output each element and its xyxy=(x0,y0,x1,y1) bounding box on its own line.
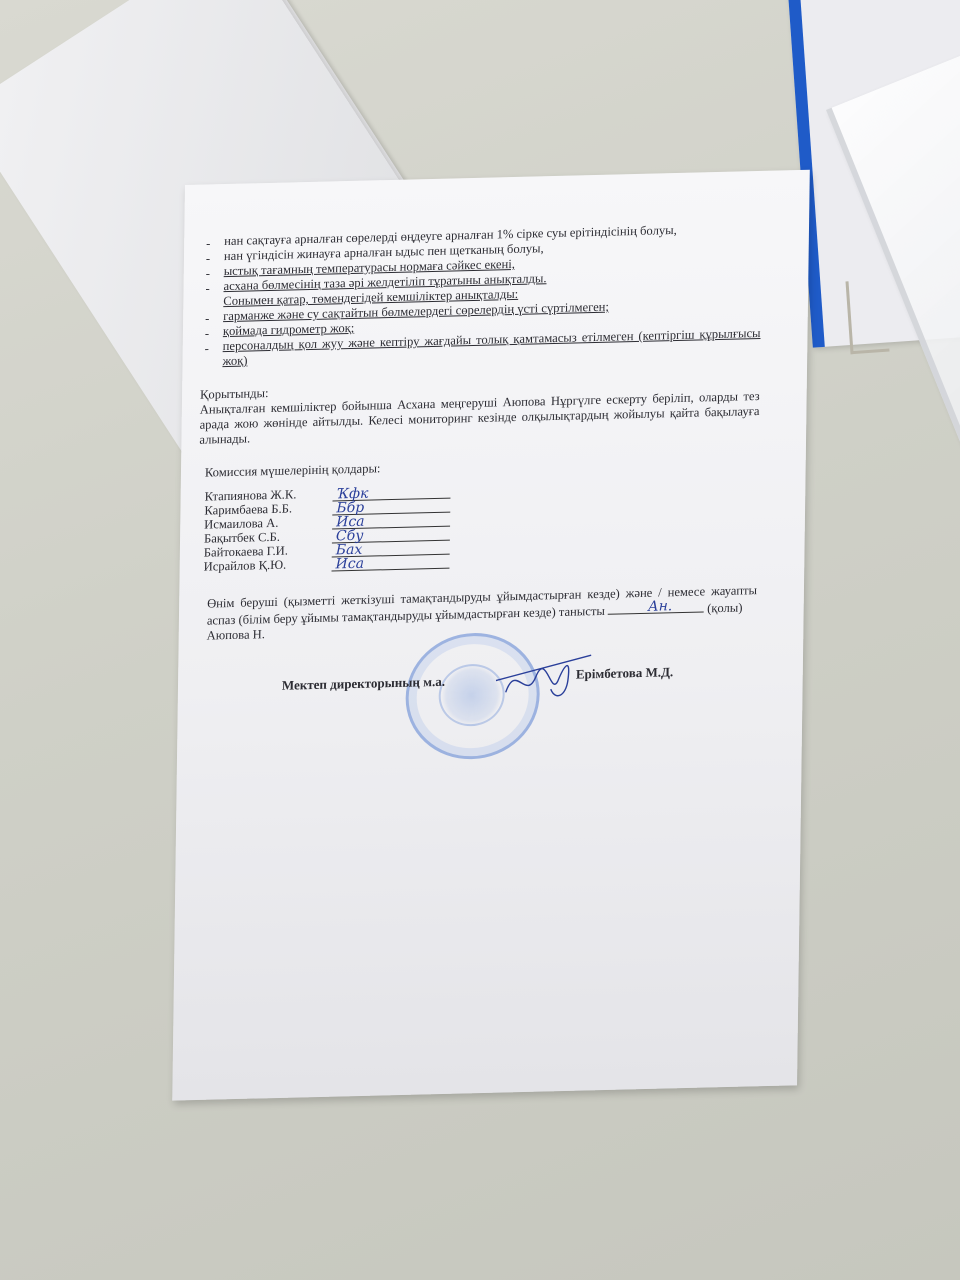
commission-heading: Комиссия мүшелерінің қолдары: xyxy=(199,452,759,481)
document-page: нан сақтауға арналған сөрелерді өңдеуге … xyxy=(172,170,810,1101)
signature-line: Иса xyxy=(332,556,450,572)
deficiencies-list: гарманже және су сақтайтын бөлмелердегі … xyxy=(200,296,761,370)
folder-clip xyxy=(846,279,890,355)
director-signature-block: Мектеп директорының м.а. Ерімбетова М.Д. xyxy=(195,656,756,730)
document-content: нан сақтауға арналған сөрелерді өңдеуге … xyxy=(195,221,762,730)
commission-members: Ктапиянова Ж.К. Ҡфк Каримбаева Б.Б. Ббр … xyxy=(198,477,759,575)
handwritten-signature: Иса xyxy=(335,557,364,573)
signature-line: Ан. xyxy=(608,599,704,614)
director-name: Ерімбетова М.Д. xyxy=(576,664,674,681)
handwritten-signature: Ан. xyxy=(648,599,672,615)
conclusion-section: Қорытынды: Анықталған кемшіліктер бойынш… xyxy=(199,374,760,448)
member-name: Исрайлов Қ.Ю. xyxy=(204,557,332,575)
